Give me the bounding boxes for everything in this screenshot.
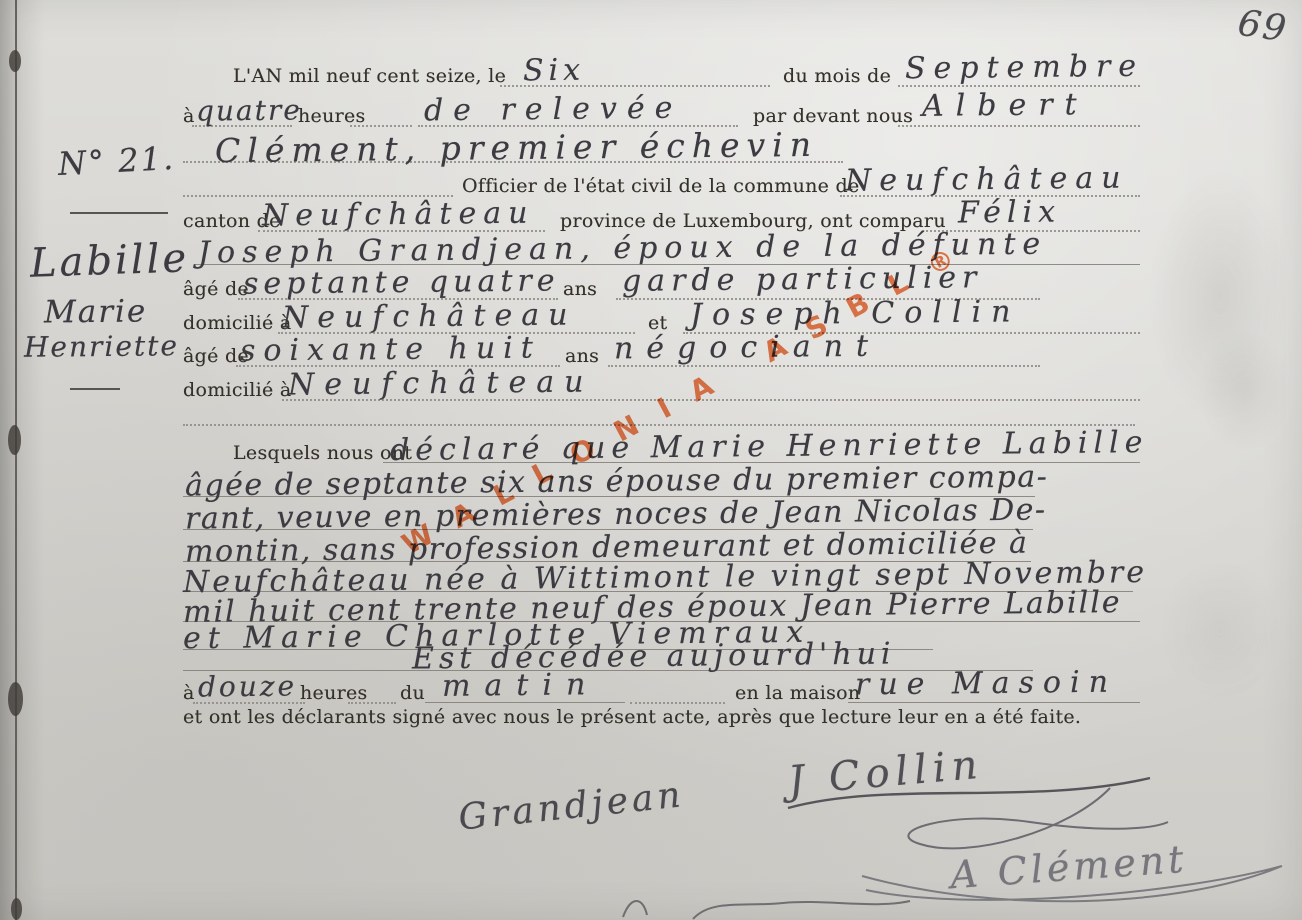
binding-stitch-knot	[8, 682, 23, 716]
ink-bleed-through	[1160, 560, 1280, 700]
printed-hour-label: heures	[300, 682, 368, 704]
margin-deceased-surname: Labille	[29, 235, 190, 287]
page-left-edge-shadow	[0, 0, 60, 920]
handwritten-death-place: rue Masoin	[855, 665, 1117, 703]
printed-declaration-intro: Lesquels nous ont	[233, 442, 412, 464]
printed-closing-sentence: et ont les déclarants signé avec nous le…	[183, 706, 1081, 728]
rule-line	[848, 702, 1140, 703]
rule-line	[898, 125, 1140, 127]
printed-civil-officer-clause: Officier de l'état civil de la commune d…	[462, 175, 860, 197]
handwritten-death-period: matin	[442, 667, 600, 704]
handwritten-death-hour: douze	[198, 669, 297, 703]
printed-month-clause: du mois de	[783, 65, 891, 87]
binding-stitch-knot	[11, 898, 22, 920]
folio-number: 69	[1235, 3, 1290, 51]
margin-act-number: N° 21.	[57, 139, 176, 183]
handwritten-officer-name-title: Clément, premier échevin	[215, 125, 818, 170]
handwritten-commune: Neufchâteau	[845, 161, 1129, 199]
binding-stitch-knot	[9, 50, 21, 72]
ink-bleed-through	[1200, 330, 1290, 450]
margin-deceased-firstname: Marie	[44, 293, 148, 330]
handwritten-witness1-age: septante quatre	[243, 263, 560, 301]
handwritten-officer-firstname: Albert	[922, 87, 1089, 124]
printed-officer-clause: par devant nous	[753, 105, 913, 127]
handwritten-witness2-residence: Neufchâteau	[288, 364, 594, 402]
printed-age-label: âgé de	[183, 278, 249, 300]
printed-house-label: en la maison	[735, 682, 860, 704]
signature-declarant-grandjean: Grandjean	[456, 774, 686, 838]
printed-hour-prefix: à	[183, 105, 195, 127]
binding-stitch-knot	[8, 425, 21, 455]
handwritten-witness1-firstname: Félix	[958, 194, 1061, 230]
binding-stitch-line	[15, 0, 17, 920]
printed-of-label: du	[400, 682, 425, 704]
handwritten-witness2-age: soixante huit	[240, 330, 541, 368]
margin-rule	[70, 212, 168, 214]
printed-residence-label: domicilié à	[183, 312, 291, 334]
margin-deceased-middlename: Henriette	[24, 329, 179, 364]
partial-signature	[615, 893, 915, 920]
handwritten-month: Septembre	[905, 49, 1144, 87]
printed-year-clause: L'AN mil neuf cent seize, le	[233, 65, 506, 87]
handwritten-period: de relevée	[424, 91, 683, 129]
rule-line	[630, 702, 725, 704]
printed-residence-label: domicilié à	[183, 379, 291, 401]
handwritten-day: Six	[523, 53, 585, 89]
handwritten-canton: Neufchâteau	[262, 196, 535, 234]
death-certificate-scan: WALLONIA ASBL® 69 N° 21. Labille Marie H…	[0, 0, 1302, 920]
printed-hour-label: heures	[298, 105, 366, 127]
handwritten-hour: quatre	[196, 93, 302, 127]
printed-hour-prefix: à	[183, 682, 195, 704]
margin-rule	[70, 388, 120, 390]
